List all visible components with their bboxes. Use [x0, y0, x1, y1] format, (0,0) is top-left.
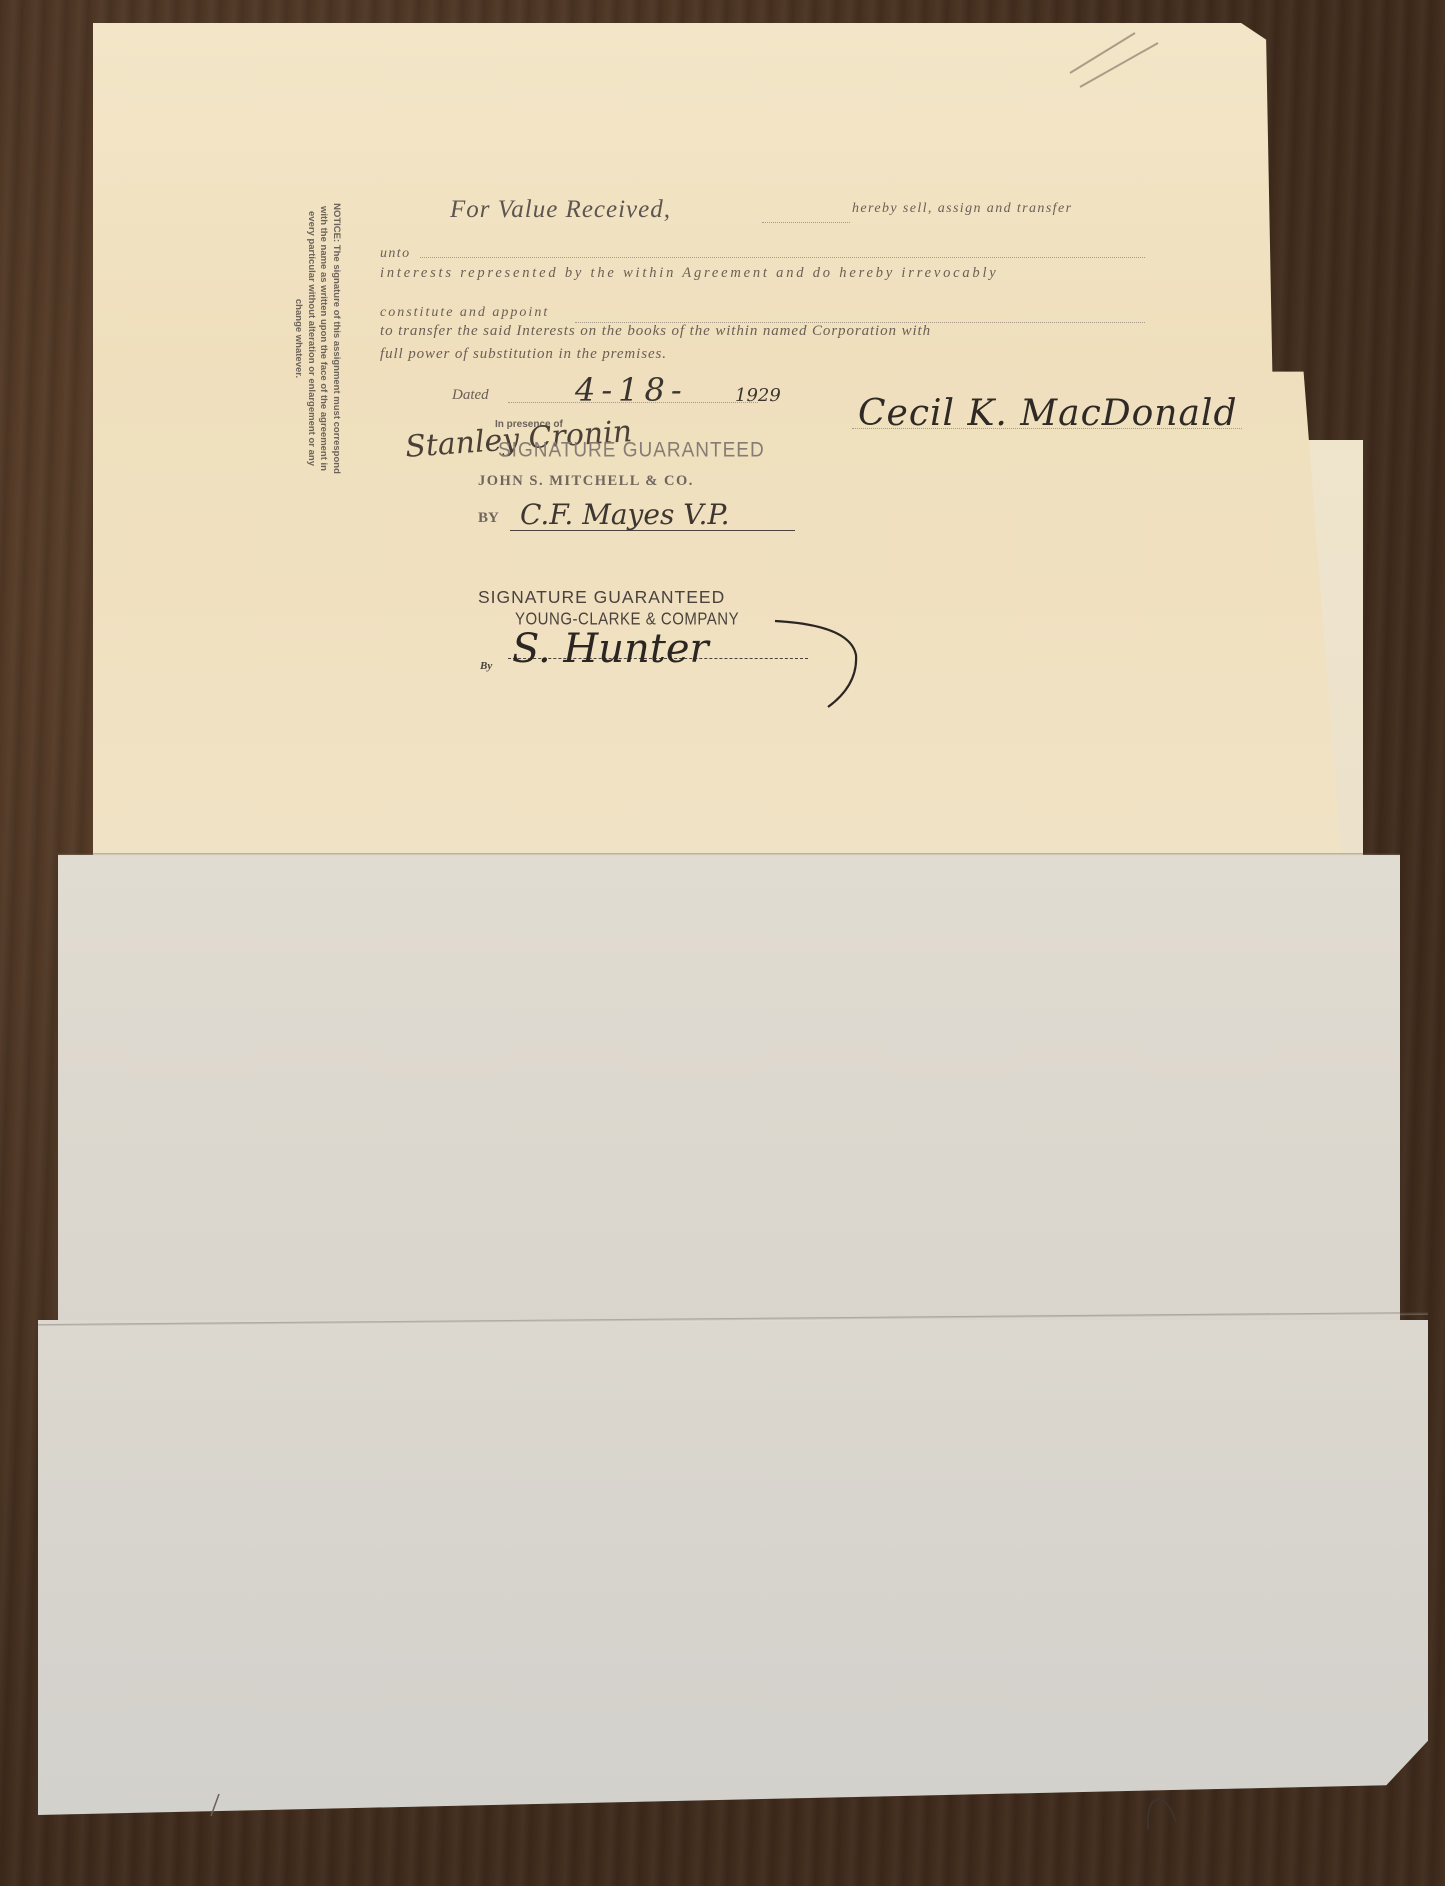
stamp-by-label: BY — [478, 510, 499, 527]
stamp-company-name: JOHN S. MITCHELL & CO. — [478, 473, 694, 490]
unto-label: unto — [380, 246, 411, 262]
handwritten-year: 1929 — [735, 385, 781, 406]
hereby-clause: hereby sell, assign and transfer — [852, 201, 1072, 217]
interests-clause: interests represented by the within Agre… — [380, 265, 999, 282]
stamp-signature: S. Hunter — [512, 626, 709, 672]
constitute-label: constitute and appoint — [380, 305, 549, 321]
notice-text: NOTICE: The signature of this assignment… — [266, 196, 342, 481]
assignment-form: NOTICE: The signature of this assignment… — [0, 0, 1445, 1886]
blank-line — [762, 222, 850, 223]
signature-flourish-icon — [770, 615, 870, 715]
stamp-signature-guaranteed: SIGNATURE GUARANTEED — [478, 587, 725, 608]
substitution-clause: full power of substitution in the premis… — [380, 346, 667, 363]
unto-blank-line — [420, 257, 1145, 258]
handwritten-date: 4-18- — [575, 371, 688, 409]
heading-for-value-received: For Value Received, — [450, 196, 671, 224]
stamp-signature: C.F. Mayes V.P. — [520, 498, 730, 531]
owner-signature: Cecil K. MacDonald — [858, 393, 1238, 434]
stamp-by-label: By — [480, 660, 492, 672]
stamp-signature-guaranteed: SIGNATURE GUARANTEED — [498, 439, 765, 463]
dated-label: Dated — [452, 387, 489, 404]
transfer-clause: to transfer the said Interests on the bo… — [380, 323, 931, 340]
